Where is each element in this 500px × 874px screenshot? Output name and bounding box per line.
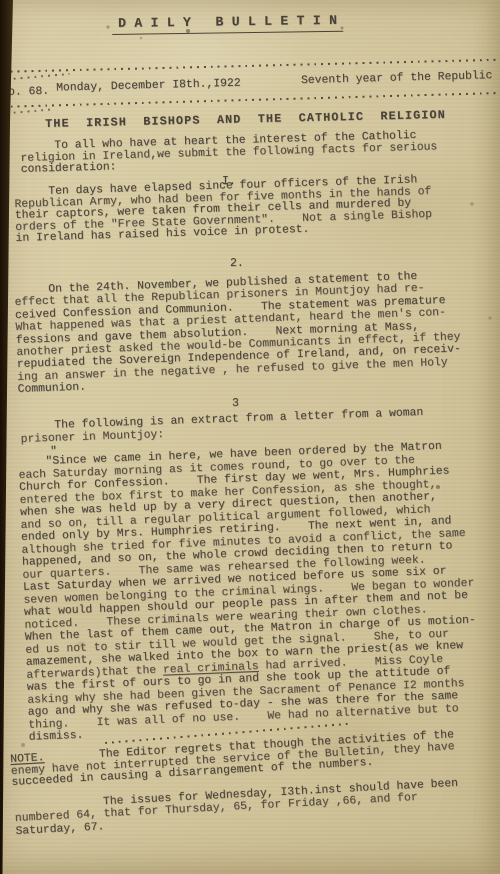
document-page: D A I L Y B U L L E T I N No. 68. Monday… bbox=[0, 0, 500, 874]
section-2-paragraph: On the 24th. November, we published a st… bbox=[14, 269, 462, 396]
issue-numbering-paragraph: The issues for Wednesday, I3th.inst shou… bbox=[14, 778, 460, 838]
section-1-paragraph: Ten days have elapsed since four officer… bbox=[14, 175, 433, 246]
section-marker-2: 2. bbox=[230, 257, 244, 270]
intro-paragraph: To all who have at heart the interest of… bbox=[20, 130, 438, 177]
prisoner-letter-extract: "Since we came in here, we have been ord… bbox=[18, 440, 480, 745]
section-3-intro: The following is an extract from a lette… bbox=[20, 407, 424, 447]
article-headline: THE IRISH BISHOPS AND THE CATHOLIC RELIG… bbox=[45, 108, 446, 131]
masthead-title: D A I L Y B U L L E T I N bbox=[112, 13, 343, 35]
issue-date: Monday, December I8th.,I922 bbox=[56, 78, 241, 95]
section-marker-3: 3 bbox=[232, 397, 239, 410]
page-left-edge-shadow bbox=[0, 0, 16, 874]
republic-year-label: Seventh year of the Republic bbox=[301, 70, 493, 87]
